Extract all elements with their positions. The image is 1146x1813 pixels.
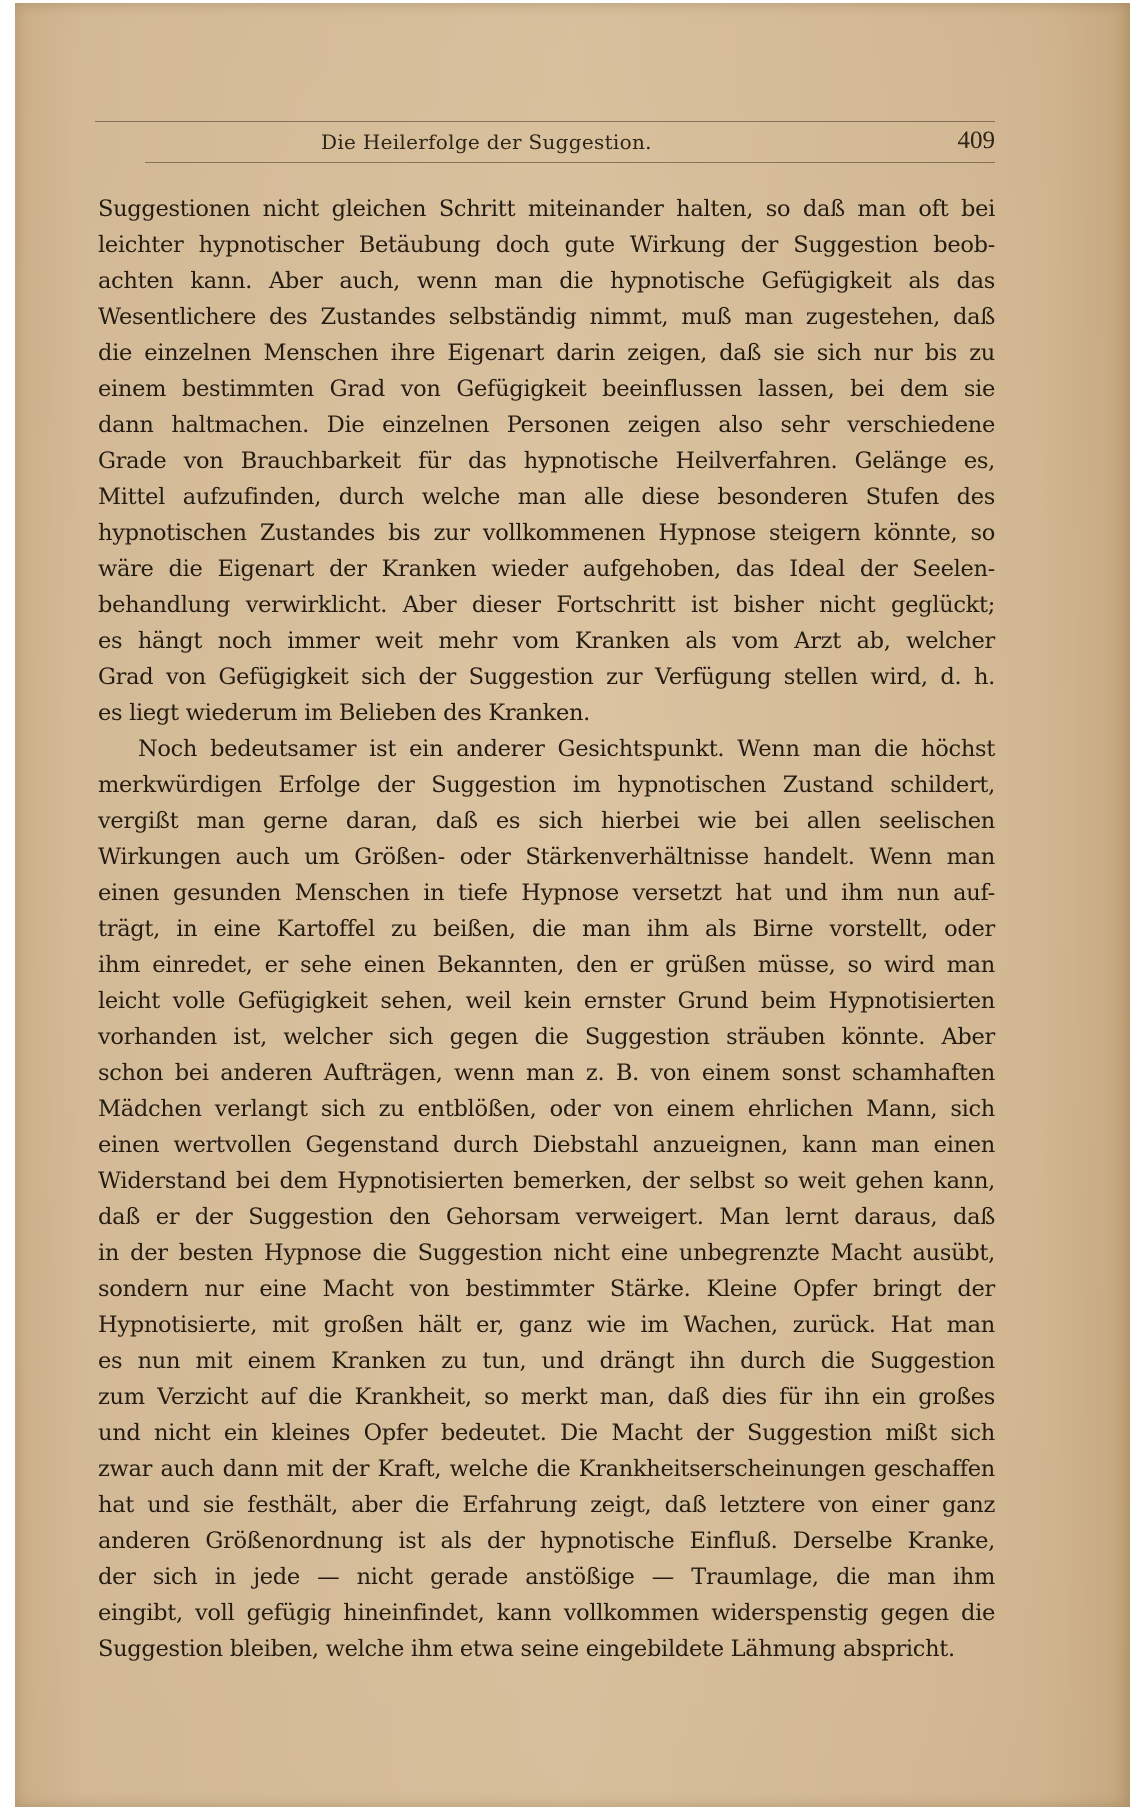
text-line: hypnotischen Zustandes bis zur vollkomme… bbox=[98, 515, 995, 551]
page-number: 409 bbox=[958, 127, 996, 155]
text-line: einen gesunden Menschen in tiefe Hypnose… bbox=[98, 875, 995, 911]
body-text: Suggestionen nicht gleichen Schritt mite… bbox=[98, 191, 995, 1667]
text-line: einen wertvollen Gegenstand durch Diebst… bbox=[98, 1127, 995, 1163]
text-line: es hängt noch immer weit mehr vom Kranke… bbox=[98, 623, 995, 659]
text-line: Noch bedeutsamer ist ein anderer Gesicht… bbox=[98, 731, 995, 767]
text-line: eingibt, voll gefügig hineinfindet, kann… bbox=[98, 1595, 995, 1631]
text-line: hat und sie festhält, aber die Erfahrung… bbox=[98, 1487, 995, 1523]
text-line: Mittel aufzufinden, durch welche man all… bbox=[98, 479, 995, 515]
text-line: achten kann. Aber auch, wenn man die hyp… bbox=[98, 263, 995, 299]
text-line: zum Verzicht auf die Krankheit, so merkt… bbox=[98, 1379, 995, 1415]
text-line: es nun mit einem Kranken zu tun, und drä… bbox=[98, 1343, 995, 1379]
text-line: Suggestionen nicht gleichen Schritt mite… bbox=[98, 191, 995, 227]
text-line: schon bei anderen Aufträgen, wenn man z.… bbox=[98, 1055, 995, 1091]
book-page: Die Heilerfolge der Suggestion. 409 Sugg… bbox=[15, 3, 1130, 1807]
text-line: ihm einredet, er sehe einen Bekannten, d… bbox=[98, 947, 995, 983]
text-line: Suggestion bleiben, welche ihm etwa sein… bbox=[98, 1631, 995, 1667]
text-line: leicht volle Gefügigkeit sehen, weil kei… bbox=[98, 983, 995, 1019]
text-line: Mädchen verlangt sich zu entblößen, oder… bbox=[98, 1091, 995, 1127]
paragraph-2: Noch bedeutsamer ist ein anderer Gesicht… bbox=[98, 731, 995, 1667]
text-line: die einzelnen Menschen ihre Eigenart dar… bbox=[98, 335, 995, 371]
text-line: in der besten Hypnose die Suggestion nic… bbox=[98, 1235, 995, 1271]
header-rule-bottom bbox=[145, 162, 995, 163]
text-line: daß er der Suggestion den Gehorsam verwe… bbox=[98, 1199, 995, 1235]
text-line: Grade von Brauchbarkeit für das hypnotis… bbox=[98, 443, 995, 479]
text-line: Wirkungen auch um Größen- oder Stärkenve… bbox=[98, 839, 995, 875]
text-line: Wesentlichere des Zustandes selbständig … bbox=[98, 299, 995, 335]
text-line: Widerstand bei dem Hypnotisierten bemerk… bbox=[98, 1163, 995, 1199]
text-line: der sich in jede — nicht gerade anstößig… bbox=[98, 1559, 995, 1595]
text-line: Hypnotisierte, mit großen hält er, ganz … bbox=[98, 1307, 995, 1343]
paragraph-1: Suggestionen nicht gleichen Schritt mite… bbox=[98, 191, 995, 731]
text-line: vergißt man gerne daran, daß es sich hie… bbox=[98, 803, 995, 839]
text-line: einem bestimmten Grad von Gefügigkeit be… bbox=[98, 371, 995, 407]
running-title: Die Heilerfolge der Suggestion. bbox=[321, 130, 652, 154]
page-header: Die Heilerfolge der Suggestion. 409 bbox=[95, 121, 995, 163]
text-line: trägt, in eine Kartoffel zu beißen, die … bbox=[98, 911, 995, 947]
text-line: leichter hypnotischer Betäubung doch gut… bbox=[98, 227, 995, 263]
text-line: dann haltmachen. Die einzelnen Personen … bbox=[98, 407, 995, 443]
text-line: sondern nur eine Macht von bestimmter St… bbox=[98, 1271, 995, 1307]
text-line: zwar auch dann mit der Kraft, welche die… bbox=[98, 1451, 995, 1487]
text-line: und nicht ein kleines Opfer bedeutet. Di… bbox=[98, 1415, 995, 1451]
text-line: behandlung verwirklicht. Aber dieser For… bbox=[98, 587, 995, 623]
text-line: es liegt wiederum im Belieben des Kranke… bbox=[98, 695, 995, 731]
text-line: wäre die Eigenart der Kranken wieder auf… bbox=[98, 551, 995, 587]
running-head: Die Heilerfolge der Suggestion. 409 bbox=[95, 122, 995, 162]
text-line: vorhanden ist, welcher sich gegen die Su… bbox=[98, 1019, 995, 1055]
text-line: Grad von Gefügigkeit sich der Suggestion… bbox=[98, 659, 995, 695]
text-line: anderen Größenordnung ist als der hypnot… bbox=[98, 1523, 995, 1559]
text-line: merkwürdigen Erfolge der Suggestion im h… bbox=[98, 767, 995, 803]
